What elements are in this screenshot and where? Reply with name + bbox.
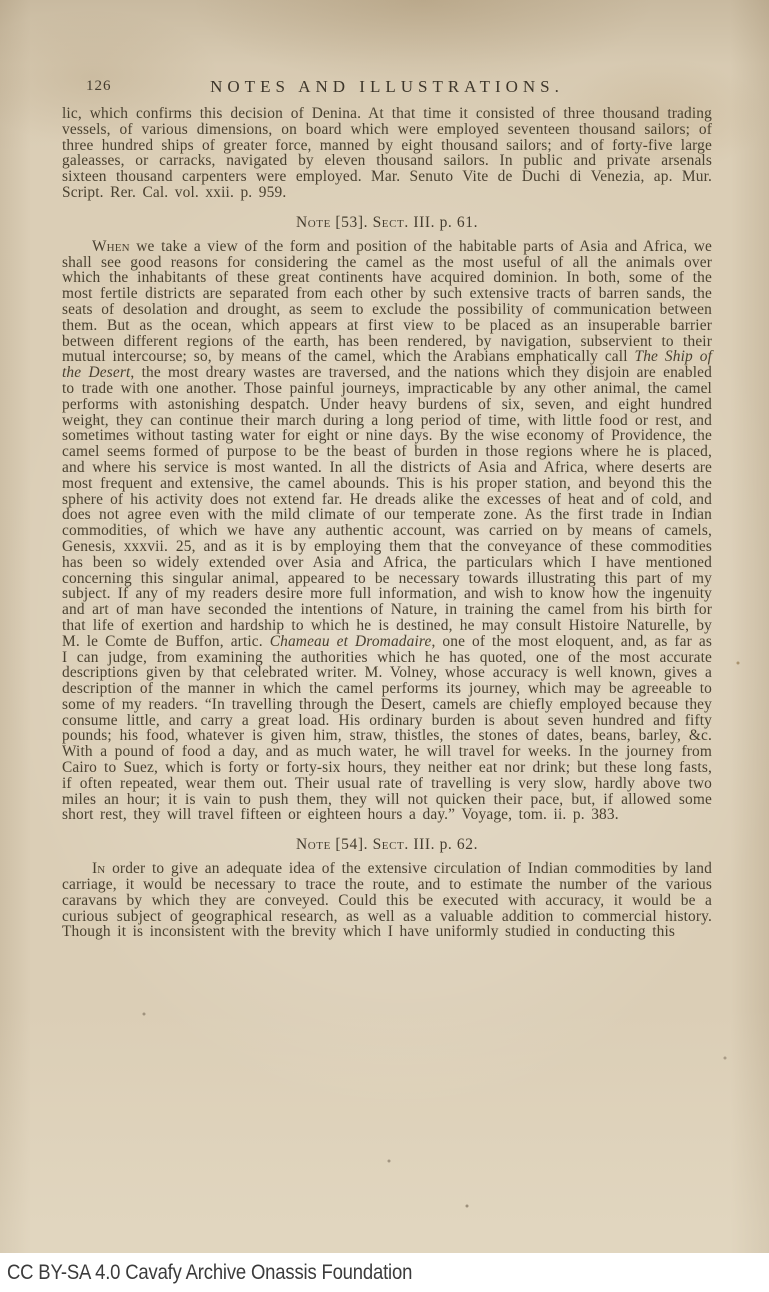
note53-seg3: , one of the most eloquent, and, as far … [62,633,712,824]
note54-heading: Note [54]. Sect. III. p. 62. [62,836,712,854]
note54-lead-word: In [92,860,105,877]
paragraph-intro: lic, which confirms this decision of Den… [62,106,712,201]
note54-seg1: order to give an adequate idea of the ex… [62,860,712,940]
note53-sect-label: Sect. [373,214,409,231]
page-number: 126 [86,78,112,95]
page-content: 126 NOTES AND ILLUSTRATIONS. lic, which … [0,0,769,940]
note53-lead-word: When [92,238,130,255]
license-bar: CC BY-SA 4.0 Cavafy Archive Onassis Foun… [0,1253,769,1292]
note53-italic-chameau: Chameau et Dromadaire [270,633,432,650]
license-text: CC BY-SA 4.0 Cavafy Archive Onassis Foun… [7,1261,412,1285]
note53-seg1: we take a view of the form and position … [62,238,712,366]
intro-text: lic, which confirms this decision of Den… [62,105,712,201]
note53-detail: III. p. 61. [409,214,478,231]
note53-label: Note [296,214,331,231]
note53-seg2: , the most dreary wastes are traversed, … [62,364,712,650]
note54-detail: III. p. 62. [409,836,478,853]
paragraph-note53: When we take a view of the form and posi… [62,239,712,823]
paragraph-note54: In order to give an adequate idea of the… [62,861,712,940]
note54-ref: [54]. [331,836,373,853]
note54-label: Note [296,836,331,853]
page-header-row: 126 NOTES AND ILLUSTRATIONS. [62,77,712,97]
note53-heading: Note [53]. Sect. III. p. 61. [62,214,712,232]
note53-ref: [53]. [331,214,373,231]
scanned-book-page: 126 NOTES AND ILLUSTRATIONS. lic, which … [0,0,769,1292]
note54-sect-label: Sect. [373,836,409,853]
running-header: NOTES AND ILLUSTRATIONS. [62,77,712,97]
